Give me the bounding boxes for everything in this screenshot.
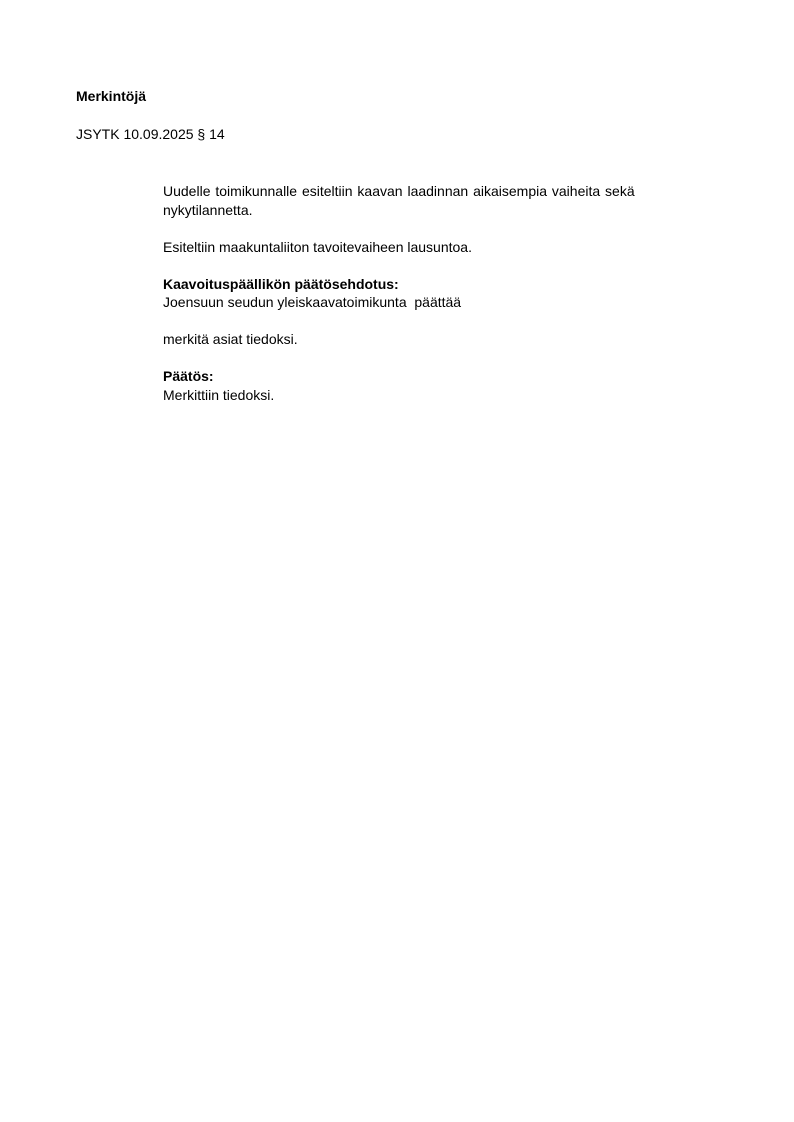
document-body: Uudelle toimikunnalle esiteltiin kaavan … bbox=[163, 182, 653, 404]
proposal-label: Kaavoituspäällikön päätösehdotus: bbox=[163, 275, 653, 294]
decision-text: Merkittiin tiedoksi. bbox=[163, 386, 653, 405]
intro-paragraph-line2: nykytilannetta. bbox=[163, 201, 653, 220]
section-heading: Merkintöjä bbox=[76, 88, 146, 105]
intro-paragraph-line1: Uudelle toimikunnalle esiteltiin kaavan … bbox=[163, 182, 653, 201]
proposal-decision-text: merkitä asiat tiedoksi. bbox=[163, 330, 653, 349]
decision-label: Päätös: bbox=[163, 367, 653, 386]
meeting-reference: JSYTK 10.09.2025 § 14 bbox=[76, 126, 225, 143]
presented-paragraph: Esiteltiin maakuntaliiton tavoitevaiheen… bbox=[163, 238, 653, 257]
proposal-text: Joensuun seudun yleiskaavatoimikunta pää… bbox=[163, 293, 653, 312]
